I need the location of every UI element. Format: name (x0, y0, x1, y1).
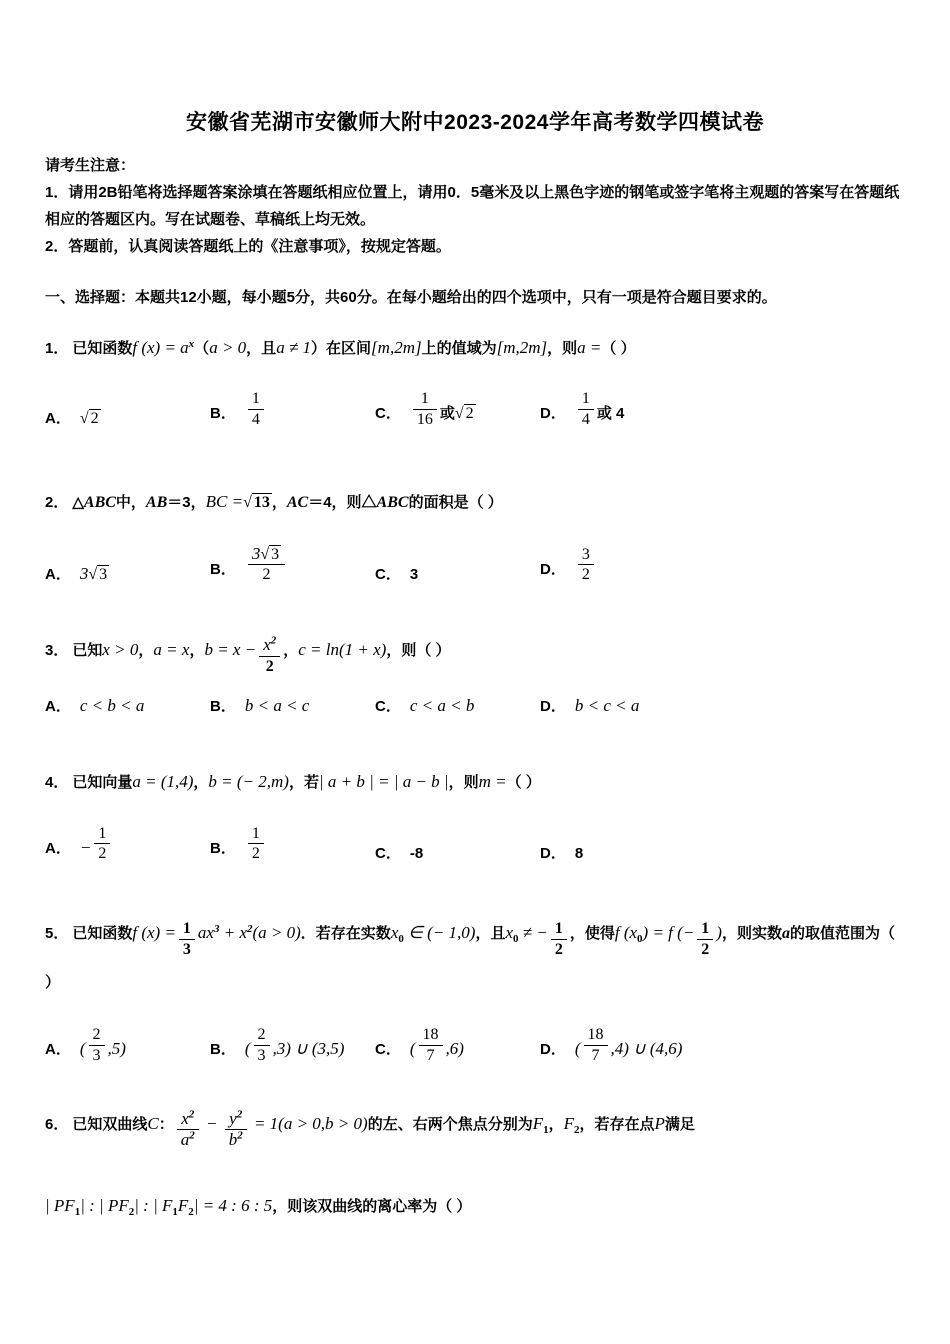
option-body: 12 (245, 840, 267, 857)
question-1-stem: 1．已知函数f (x) = ax（a > 0，且a ≠ 1）在区间[m,2m]上… (45, 326, 905, 370)
option-label: C． (375, 698, 401, 715)
option-body: 14或 4 (575, 405, 625, 422)
question-6: 6．已知双曲线C：x2a2 − y2b2 = 1(a > 0,b > 0)的左、… (45, 1102, 905, 1228)
option-label: A． (45, 698, 71, 715)
exam-page: 安徽省芜湖市安徽师大附中2023-2024学年高考数学四模试卷 请考生注意： 1… (0, 0, 950, 1344)
question-2-option-c: C．3 (375, 563, 540, 584)
option-label: D． (540, 561, 566, 578)
option-label: B． (210, 561, 236, 578)
question-number: 5． (45, 925, 68, 942)
option-label: C． (375, 566, 401, 583)
option-body: (187,6) (410, 1041, 464, 1058)
question-5-option-c: C．(187,6) (375, 1026, 540, 1064)
option-label: A． (45, 410, 71, 427)
option-body: 3√32 (245, 561, 288, 578)
option-body: 3 (410, 566, 418, 583)
option-body: 116或√2 (410, 405, 476, 422)
question-3-stem: 3．已知x > 0，a = x，b = x −x22，c = ln(1 + x)… (45, 628, 905, 676)
option-body: (23,5) (80, 1041, 126, 1058)
question-number: 4． (45, 774, 68, 791)
question-6-stem: 6．已知双曲线C：x2a2 − y2b2 = 1(a > 0,b > 0)的左、… (45, 1102, 905, 1228)
question-1-option-c: C．116或√2 (375, 390, 540, 428)
question-1-options: A．√2 B．14 C．116或√2 D．14或 4 (45, 390, 905, 428)
option-body: 14 (245, 405, 267, 422)
option-body: (23,3) ∪ (3,5) (245, 1041, 345, 1058)
option-body: b < c < a (575, 698, 640, 715)
option-body: 3√3 (80, 566, 109, 583)
question-4-option-c: C．-8 (375, 842, 540, 863)
question-3-option-c: C．c < a < b (375, 695, 540, 716)
option-body: -8 (410, 845, 423, 862)
section-heading: 一、选择题：本题共12小题，每小题5分，共60分。在每小题给出的四个选项中，只有… (45, 286, 905, 310)
option-body: √2 (80, 410, 101, 427)
question-4-options: A．−12 B．12 C．-8 D．8 (45, 825, 905, 863)
option-label: A． (45, 1041, 71, 1058)
question-3-option-b: B．b < a < c (210, 695, 375, 716)
question-3-option-d: D．b < c < a (540, 695, 905, 716)
question-1-option-d: D．14或 4 (540, 390, 905, 428)
question-2-option-b: B．3√32 (210, 545, 375, 584)
option-label: D． (540, 405, 566, 422)
option-body: c < b < a (80, 698, 145, 715)
option-label: B． (210, 405, 236, 422)
option-label: D． (540, 698, 566, 715)
question-5-option-d: D．(187,4) ∪ (4,6) (540, 1026, 905, 1064)
question-4-option-a: A．−12 (45, 825, 210, 863)
question-4-stem: 4．已知向量a = (1,4)，b = (− 2,m)，若| a + b | =… (45, 760, 905, 804)
option-label: C． (375, 1041, 401, 1058)
question-1: 1．已知函数f (x) = ax（a > 0，且a ≠ 1）在区间[m,2m]上… (45, 326, 905, 428)
option-label: C． (375, 405, 401, 422)
option-body: 32 (575, 561, 597, 578)
option-body: c < a < b (410, 698, 475, 715)
question-2-option-d: D．32 (540, 546, 905, 584)
question-number: 6． (45, 1116, 68, 1133)
question-4-option-d: D．8 (540, 842, 905, 863)
option-label: B． (210, 698, 236, 715)
option-label: C． (375, 845, 401, 862)
question-2-stem: 2．△ABC中，AB＝3，BC =√13，AC＝4，则△ABC的面积是（ ） (45, 480, 905, 524)
question-number: 2． (45, 494, 68, 511)
option-label: A． (45, 840, 71, 857)
question-5: 5．已知函数f (x) =13ax3 + x2(a > 0)．若存在实数x0 ∈… (45, 907, 905, 1064)
question-1-option-b: B．14 (210, 390, 375, 428)
question-5-options: A．(23,5) B．(23,3) ∪ (3,5) C．(187,6) D．(1… (45, 1026, 905, 1064)
question-stem-text: 已知向量a = (1,4)，b = (− 2,m)，若| a + b | = |… (72, 774, 540, 791)
question-5-stem: 5．已知函数f (x) =13ax3 + x2(a > 0)．若存在实数x0 ∈… (45, 907, 905, 1006)
question-4: 4．已知向量a = (1,4)，b = (− 2,m)，若| a + b | =… (45, 760, 905, 862)
question-5-option-b: B．(23,3) ∪ (3,5) (210, 1026, 375, 1064)
option-label: B． (210, 840, 236, 857)
question-2-option-a: A．3√3 (45, 563, 210, 584)
question-2: 2．△ABC中，AB＝3，BC =√13，AC＝4，则△ABC的面积是（ ） A… (45, 480, 905, 583)
option-label: D． (540, 845, 566, 862)
question-stem-text: 已知函数f (x) =13ax3 + x2(a > 0)．若存在实数x0 ∈ (… (45, 925, 895, 991)
question-stem-text: 已知x > 0，a = x，b = x −x22，c = ln(1 + x)，则… (72, 642, 450, 659)
notice-block: 请考生注意： 1．请用2B铅笔将选择题答案涂填在答题纸相应位置上，请用0．5毫米… (45, 152, 905, 260)
option-body: b < a < c (245, 698, 310, 715)
notice-heading: 请考生注意： (45, 152, 905, 179)
question-stem-text: 已知双曲线C：x2a2 − y2b2 = 1(a > 0,b > 0)的左、右两… (45, 1116, 905, 1215)
question-3-options: A．c < b < a B．b < a < c C．c < a < b D．b … (45, 695, 905, 716)
exam-title: 安徽省芜湖市安徽师大附中2023-2024学年高考数学四模试卷 (45, 106, 905, 136)
question-stem-text: △ABC中，AB＝3，BC =√13，AC＝4，则△ABC的面积是（ ） (72, 494, 502, 511)
option-label: B． (210, 1041, 236, 1058)
option-label: A． (45, 566, 71, 583)
question-1-option-a: A．√2 (45, 407, 210, 428)
option-body: −12 (80, 840, 113, 857)
notice-item-2: 2．答题前，认真阅读答题纸上的《注意事项》，按规定答题。 (45, 233, 905, 260)
question-5-option-a: A．(23,5) (45, 1026, 210, 1064)
option-label: D． (540, 1041, 566, 1058)
question-3: 3．已知x > 0，a = x，b = x −x22，c = ln(1 + x)… (45, 628, 905, 717)
question-3-option-a: A．c < b < a (45, 695, 210, 716)
question-2-options: A．3√3 B．3√32 C．3 D．32 (45, 545, 905, 584)
notice-item-1: 1．请用2B铅笔将选择题答案涂填在答题纸相应位置上，请用0．5毫米及以上黑色字迹… (45, 179, 905, 233)
option-body: 8 (575, 845, 583, 862)
question-number: 1． (45, 340, 68, 357)
question-stem-text: 已知函数f (x) = ax（a > 0，且a ≠ 1）在区间[m,2m]上的值… (72, 340, 635, 357)
option-body: (187,4) ∪ (4,6) (575, 1041, 683, 1058)
question-number: 3． (45, 642, 68, 659)
question-4-option-b: B．12 (210, 825, 375, 863)
